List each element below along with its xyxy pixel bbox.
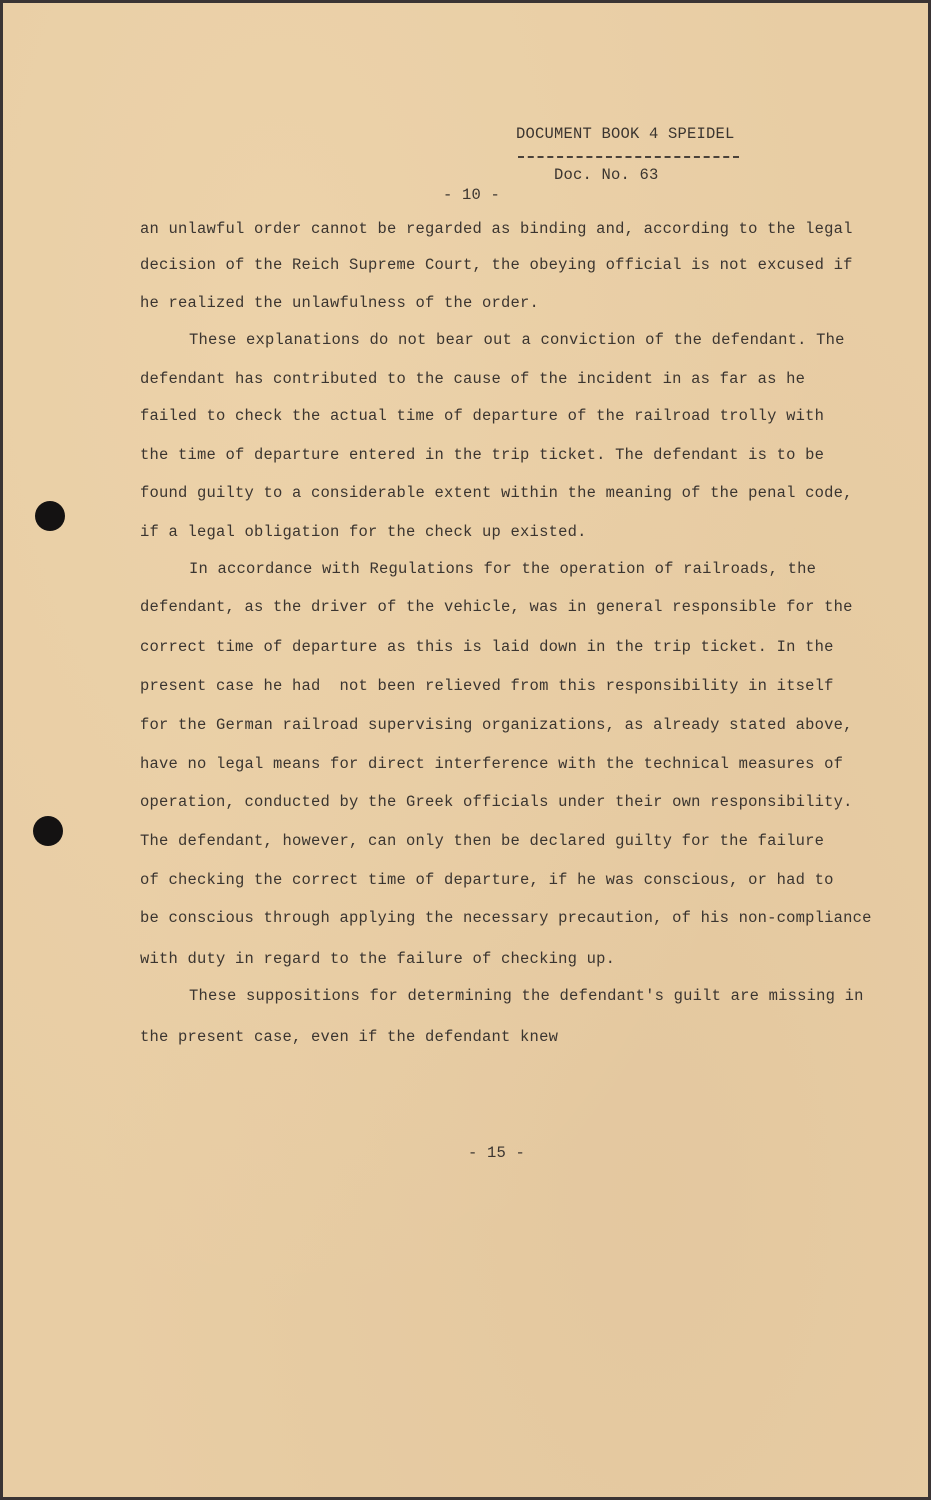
punch-hole-icon (33, 816, 63, 846)
text-line: found guilty to a considerable extent wi… (140, 484, 853, 502)
text-line: the time of departure entered in the tri… (140, 446, 824, 464)
text-line: decision of the Reich Supreme Court, the… (140, 256, 853, 274)
text-line: be conscious through applying the necess… (140, 909, 872, 927)
text-line: present case he had not been relieved fr… (140, 677, 834, 695)
text-line: if a legal obligation for the check up e… (140, 523, 587, 541)
text-line: for the German railroad supervising orga… (140, 716, 853, 734)
text-line: These explanations do not bear out a con… (189, 331, 845, 349)
text-line: the present case, even if the defendant … (140, 1028, 558, 1046)
text-line: The defendant, however, can only then be… (140, 832, 824, 850)
header-divider (518, 156, 739, 158)
document-book-title: DOCUMENT BOOK 4 SPEIDEL (516, 125, 735, 143)
page-number-top: - 10 - (443, 186, 500, 204)
document-number: Doc. No. 63 (554, 166, 659, 184)
page-number-bottom: - 15 - (468, 1144, 525, 1162)
text-line: These suppositions for determining the d… (189, 987, 864, 1005)
text-line: correct time of departure as this is lai… (140, 638, 834, 656)
punch-hole-icon (35, 501, 65, 531)
text-line: failed to check the actual time of depar… (140, 407, 824, 425)
text-line: defendant has contributed to the cause o… (140, 370, 805, 388)
text-line: an unlawful order cannot be regarded as … (140, 220, 853, 238)
text-line: defendant, as the driver of the vehicle,… (140, 598, 853, 616)
text-line: operation, conducted by the Greek offici… (140, 793, 853, 811)
text-line: of checking the correct time of departur… (140, 871, 834, 889)
document-page: DOCUMENT BOOK 4 SPEIDEL Doc. No. 63 - 10… (3, 3, 928, 1497)
text-line: In accordance with Regulations for the o… (189, 560, 816, 578)
text-line: with duty in regard to the failure of ch… (140, 950, 615, 968)
text-line: he realized the unlawfulness of the orde… (140, 294, 539, 312)
text-line: have no legal means for direct interfere… (140, 755, 843, 773)
